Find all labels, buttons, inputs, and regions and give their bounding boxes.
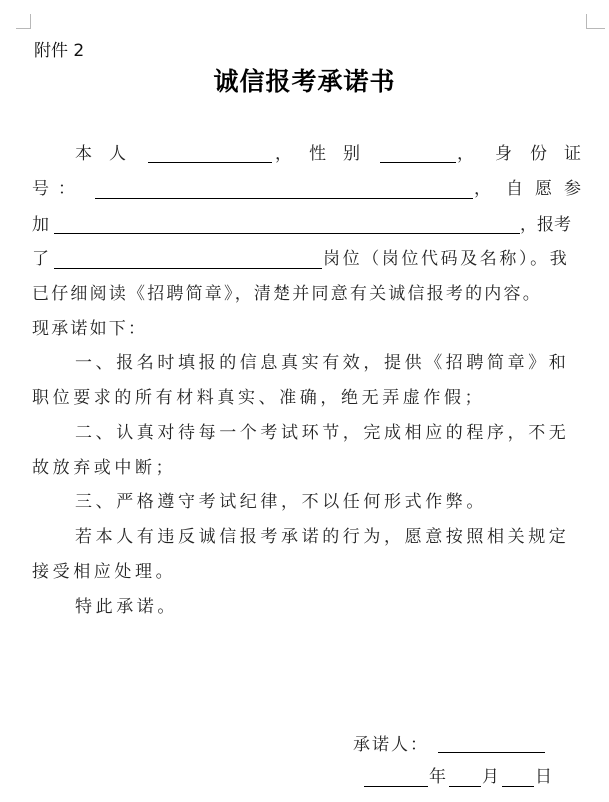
id-label-char-3: 证 [564, 143, 581, 165]
closing-statement: 特此承诺。 [75, 596, 178, 618]
year-field[interactable] [364, 786, 428, 787]
comma: ， [457, 143, 474, 165]
day-label: 日 [535, 766, 552, 788]
position-hint-text: 岗位（岗位代码及名称）。我 [323, 248, 569, 270]
colon: ： [58, 178, 75, 200]
paragraph-line: 现承诺如下： [32, 318, 147, 340]
commitment-item-2-cont: 故放弃或中断； [32, 457, 176, 479]
signer-label: 承诺人： [353, 734, 429, 756]
month-field[interactable] [449, 786, 481, 787]
commitment-item-3: 三、严格遵守考试纪律，不以任何形式作弊。 [75, 491, 487, 513]
breach-clause-cont: 接受相应处理。 [32, 561, 176, 583]
paragraph-line: 已仔细阅读《招聘简章》，清楚并同意有关诚信报考的内容。 [32, 283, 542, 305]
gender-label-char-2: 别 [343, 143, 360, 165]
signer-field[interactable] [438, 752, 545, 753]
name-label-char-2: 人 [109, 143, 126, 165]
commitment-item-2: 二、认真对待每一个考试环节，完成相应的程序，不无 [75, 422, 569, 444]
day-field[interactable] [502, 786, 534, 787]
comma: ， [474, 178, 491, 200]
breach-clause: 若本人有违反诚信报考承诺的行为，愿意按照相关规定 [75, 526, 569, 548]
volunteer-char-3: 参 [564, 178, 581, 200]
id-label-char-2: 份 [530, 143, 547, 165]
id-label-char-4: 号 [32, 178, 49, 200]
id-number-field[interactable] [95, 198, 473, 199]
comma: ， [275, 143, 292, 165]
id-label-char-1: 身 [495, 143, 512, 165]
volunteer-char-1: 自 [506, 178, 523, 200]
month-label: 月 [482, 766, 499, 788]
gender-label-char-1: 性 [309, 143, 326, 165]
apply-text: ，报考 [520, 214, 571, 236]
join-char: 加 [32, 214, 49, 236]
attachment-label: 附件 2 [34, 36, 84, 61]
name-field[interactable] [148, 162, 272, 163]
le-char: 了 [32, 248, 49, 270]
page-corner-mark-top-left [16, 14, 31, 29]
commitment-item-1: 一、报名时填报的信息真实有效，提供《招聘简章》和 [75, 352, 569, 374]
commitment-item-1-cont: 职位要求的所有材料真实、准确，绝无弄虚作假； [32, 387, 485, 409]
page-corner-mark-top-right [586, 14, 605, 29]
name-label-char-1: 本 [75, 143, 92, 165]
volunteer-char-2: 愿 [535, 178, 552, 200]
gender-field[interactable] [380, 162, 456, 163]
position-field[interactable] [54, 268, 322, 269]
exam-name-field[interactable] [54, 233, 520, 234]
year-label: 年 [429, 766, 446, 788]
document-title: 诚信报考承诺书 [0, 62, 609, 98]
